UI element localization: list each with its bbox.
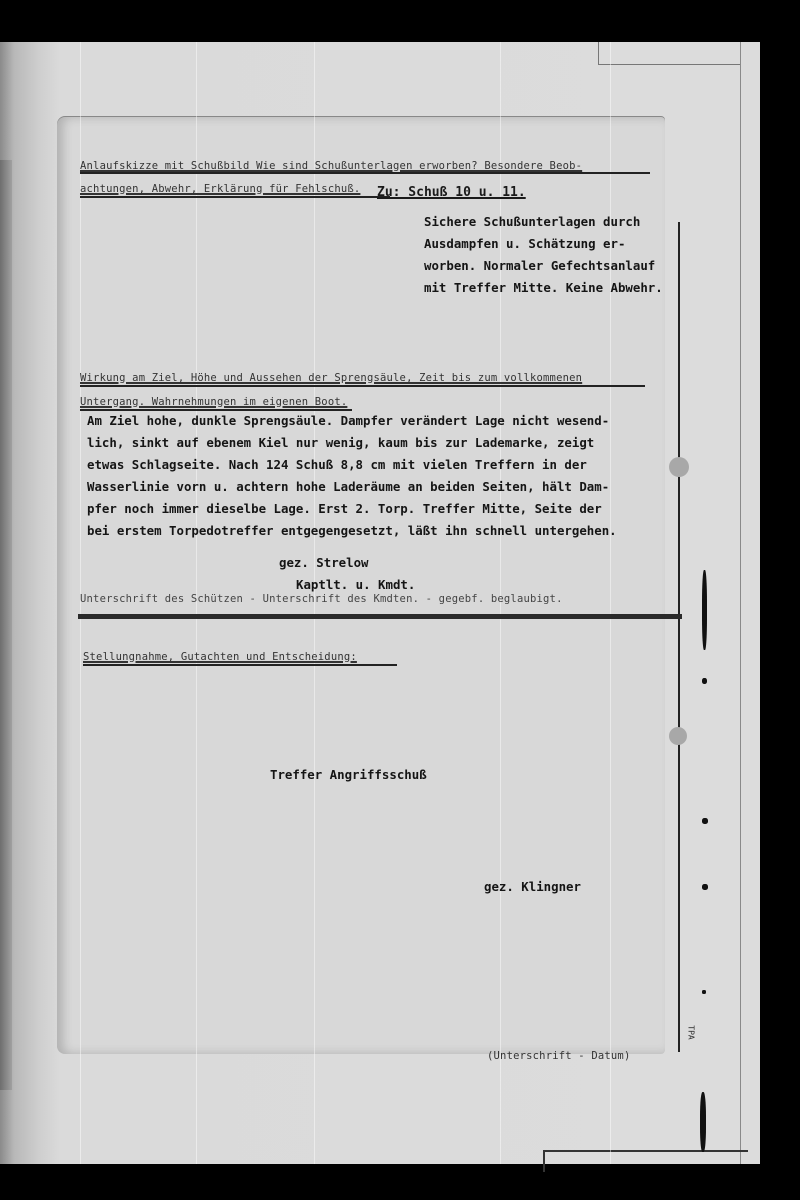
margin-mark: TPA bbox=[687, 1025, 696, 1039]
decision-signature: gez. Klingner bbox=[484, 876, 581, 898]
binding-perforation bbox=[700, 1092, 706, 1152]
attack-text-line: mit Treffer Mitte. Keine Abwehr. bbox=[424, 277, 663, 299]
effect-text-line: etwas Schlagseite. Nach 124 Schuß 8,8 cm… bbox=[87, 454, 587, 476]
effect-text-line: bei erstem Torpedotreffer entgegengesetz… bbox=[87, 520, 617, 542]
binding-perforation bbox=[702, 570, 707, 650]
effect-label-line1: Wirkung am Ziel, Höhe und Aussehen der S… bbox=[80, 372, 582, 384]
label-underline bbox=[83, 664, 397, 666]
smudge-mark bbox=[669, 457, 689, 477]
signature-caption: Unterschrift des Schützen - Unterschrift… bbox=[80, 593, 563, 605]
backing-bottom-frame bbox=[543, 1150, 748, 1172]
label-underline bbox=[80, 196, 390, 198]
decision-verdict: Treffer Angriffsschuß bbox=[270, 764, 427, 786]
decision-signature-caption: (Unterschrift - Datum) bbox=[487, 1050, 630, 1062]
effect-text-line: pfer noch immer dieselbe Lage. Erst 2. T… bbox=[87, 498, 602, 520]
effect-text-line: lich, sinkt auf ebenem Kiel nur wenig, k… bbox=[87, 432, 594, 454]
binding-perforation bbox=[702, 990, 706, 994]
shooter-signature: gez. Strelow bbox=[279, 552, 369, 574]
effect-text-line: Wasserlinie vorn u. achtern hohe Laderäu… bbox=[87, 476, 609, 498]
attack-sketch-label-line2: achtungen, Abwehr, Erklärung für Fehlsch… bbox=[80, 183, 360, 195]
label-underline bbox=[80, 385, 645, 387]
binding-perforation bbox=[702, 678, 707, 684]
adjacent-page-edge bbox=[0, 160, 12, 1090]
binding-perforation bbox=[702, 818, 708, 824]
right-margin-line bbox=[678, 222, 680, 1052]
section-divider bbox=[78, 614, 682, 619]
backing-right-border bbox=[740, 42, 741, 1164]
effect-text-line: Am Ziel hohe, dunkle Sprengsäule. Dampfe… bbox=[87, 410, 609, 432]
attack-text-line: worben. Normaler Gefechtsanlauf bbox=[424, 255, 655, 277]
backing-corner-frame bbox=[598, 42, 741, 65]
label-underline bbox=[80, 172, 650, 174]
shot-reference: Zu: Schuß 10 u. 11. bbox=[377, 185, 526, 200]
smudge-mark bbox=[669, 727, 687, 745]
decision-label: Stellungnahme, Gutachten und Entscheidun… bbox=[83, 651, 357, 663]
binding-perforation bbox=[702, 884, 708, 890]
attack-sketch-label-line1: Anlaufskizze mit Schußbild Wie sind Schu… bbox=[80, 160, 582, 172]
effect-label-line2: Untergang. Wahrnehmungen im eigenen Boot… bbox=[80, 396, 347, 408]
attack-text-line: Ausdampfen u. Schätzung er- bbox=[424, 233, 625, 255]
attack-text-line: Sichere Schußunterlagen durch bbox=[424, 211, 640, 233]
